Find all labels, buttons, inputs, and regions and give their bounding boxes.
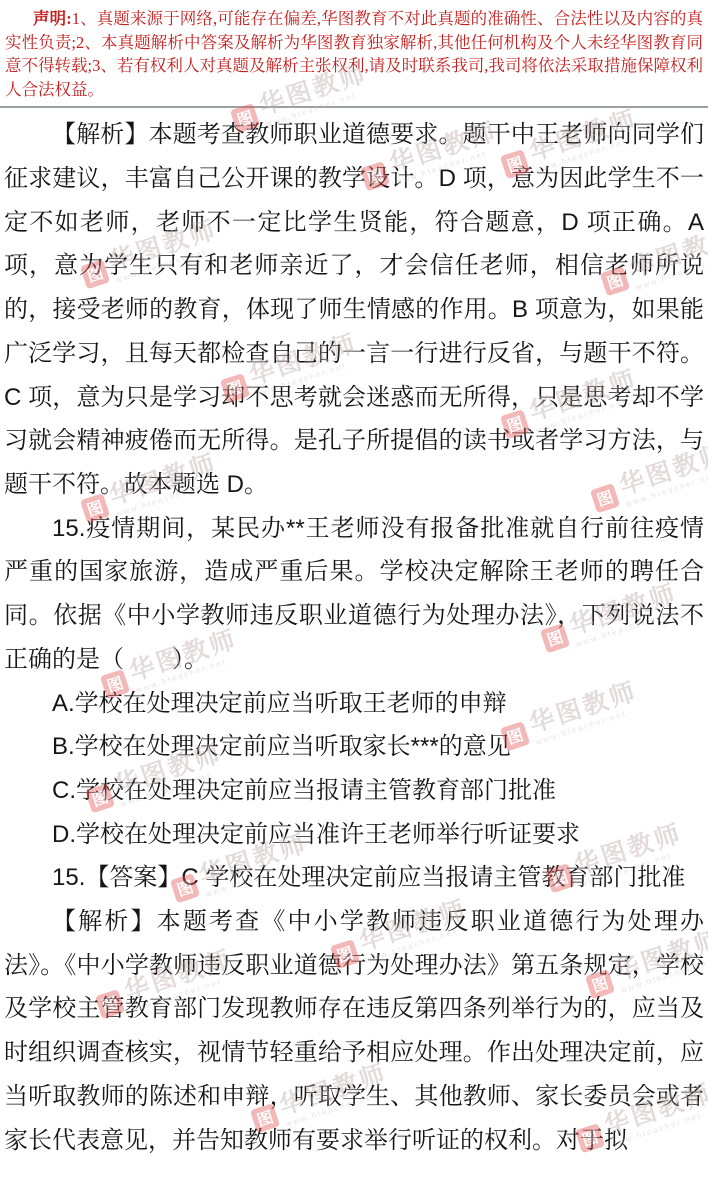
question-15-option-b: B.学校在处理决定前应当听取家长***的意见 [4, 725, 704, 769]
question-15-stem: 15.疫情期间，某民办**王老师没有报备批准就自行前往疫情严重的国家旅游，造成严… [4, 507, 704, 682]
question-15-answer: 15.【答案】C 学校在处理决定前应当报请主管教育部门批准 [4, 856, 704, 900]
question-15-option-c: C.学校在处理决定前应当报请主管教育部门批准 [4, 769, 704, 813]
document-page: 声明:1、真题来源于网络,可能存在偏差,华图教育不对此真题的准确性、合法性以及内… [0, 0, 708, 1202]
analysis-paragraph-q14: 【解析】本题考查教师职业道德要求。题干中王老师向同学们征求建议，丰富自己公开课的… [4, 113, 704, 506]
document-body: 【解析】本题考查教师职业道德要求。题干中王老师向同学们征求建议，丰富自己公开课的… [0, 108, 708, 1162]
question-15-option-a: A.学校在处理决定前应当听取王老师的申辩 [4, 682, 704, 726]
disclaimer-label: 声明: [33, 9, 72, 28]
question-15-option-d: D.学校在处理决定前应当准许王老师举行听证要求 [4, 813, 704, 857]
analysis-paragraph-q15: 【解析】本题考查《中小学教师违反职业道德行为处理办法》。《中小学教师违反职业道德… [4, 900, 704, 1162]
disclaimer-text: 1、真题来源于网络,可能存在偏差,华图教育不对此真题的准确性、合法性以及内容的真… [5, 9, 703, 99]
disclaimer-notice: 声明:1、真题来源于网络,可能存在偏差,华图教育不对此真题的准确性、合法性以及内… [0, 0, 708, 101]
